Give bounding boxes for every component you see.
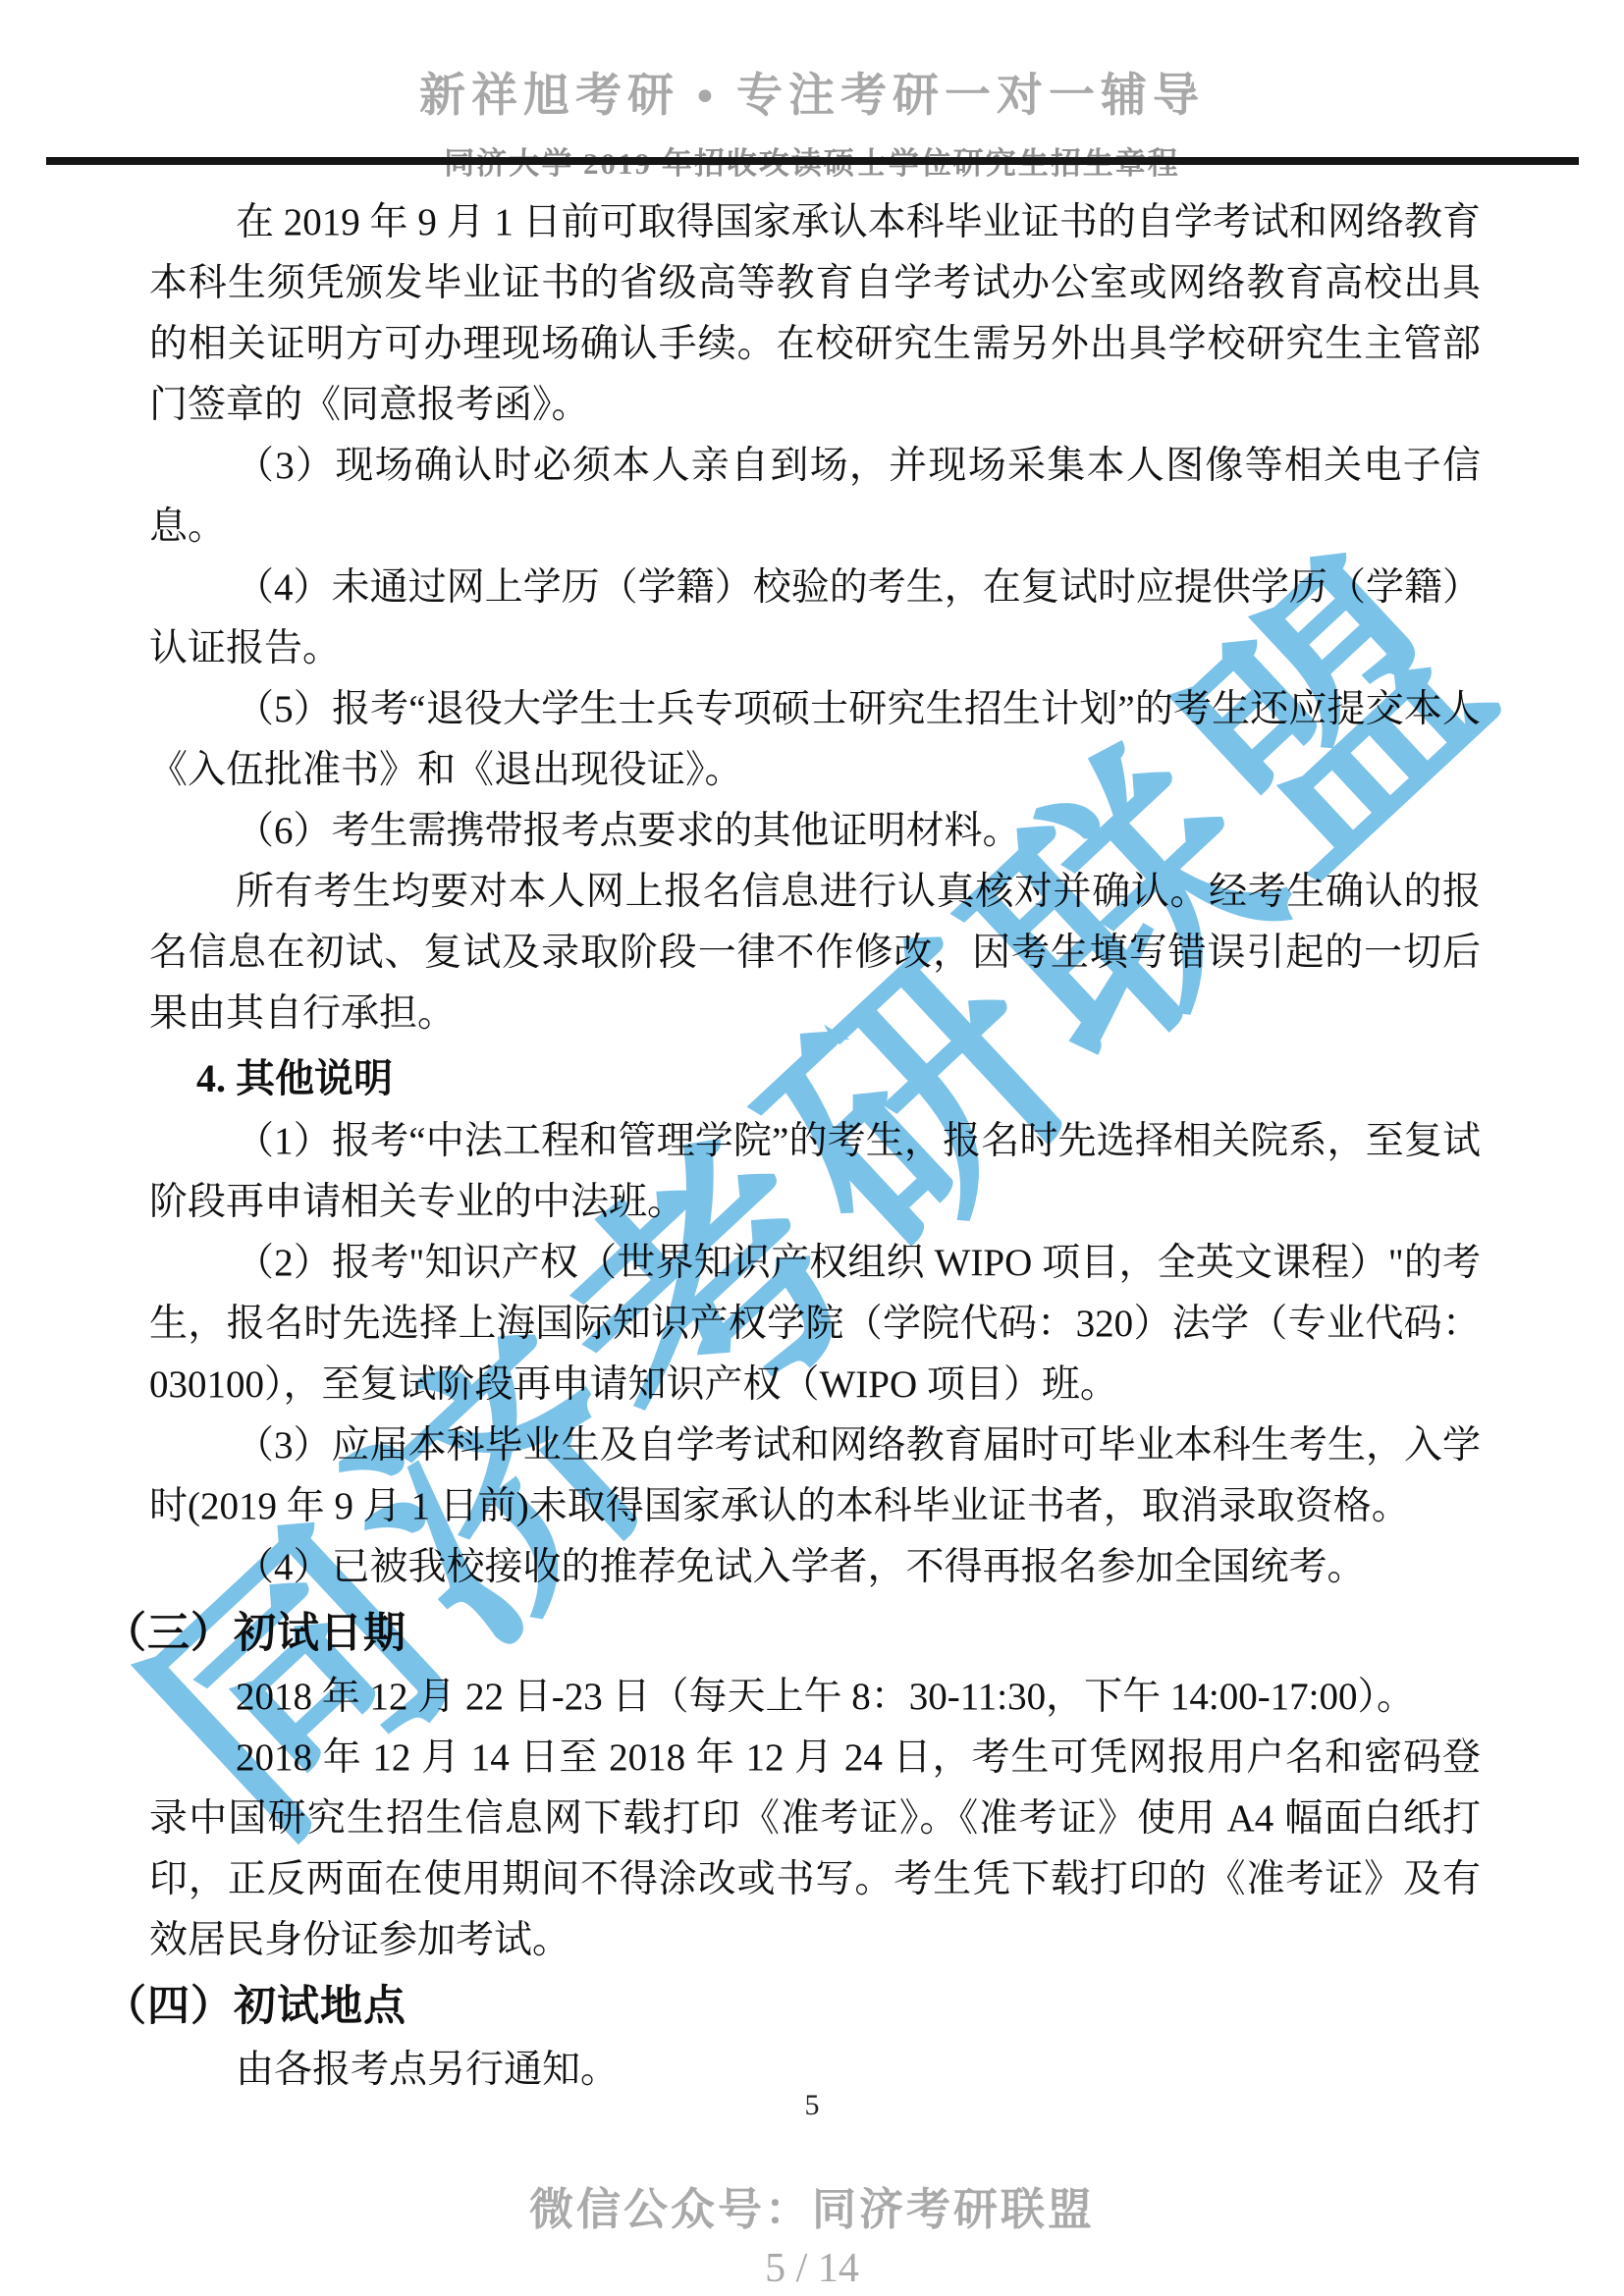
body-paragraph: （3）现场确认时必须本人亲自到场，并现场采集本人图像等相关电子信息。 — [149, 436, 1481, 558]
page-number: 5 — [0, 2089, 1624, 2122]
document-body: 在 2019 年 9 月 1 日前可取得国家承认本科毕业证书的自学考试和网络教育… — [149, 192, 1481, 2101]
document-page: 新祥旭考研 • 专注考研一对一辅导 同济大学 2019 年招收攻读硕士学位研究生… — [0, 0, 1624, 2296]
heading-initial-exam-date: （三）初试日期 — [104, 1604, 1481, 1665]
footer-wechat-account: 微信公众号：同济考研联盟 — [0, 2173, 1624, 2237]
body-paragraph: （4）已被我校接收的推荐免试入学者，不得再报名参加全国统考。 — [149, 1537, 1481, 1598]
body-paragraph: （4）未通过网上学历（学籍）校验的考生，在复试时应提供学历（学籍）认证报告。 — [149, 558, 1481, 679]
body-paragraph: 所有考生均要对本人网上报名信息进行认真核对并确认。经考生确认的报名信息在初试、复… — [149, 862, 1481, 1044]
body-paragraph: （2）报考"知识产权（世界知识产权组织 WIPO 项目，全英文课程）"的考生，报… — [149, 1233, 1481, 1415]
body-paragraph: 2018 年 12 月 14 日至 2018 年 12 月 24 日，考生可凭网… — [149, 1728, 1481, 1971]
body-paragraph: （6）考生需携带报考点要求的其他证明材料。 — [149, 801, 1481, 862]
brand-title: 新祥旭考研 • 专注考研一对一辅导 — [0, 59, 1624, 125]
footer-pagination: 5 / 14 — [0, 2245, 1624, 2292]
body-paragraph: （1）报考“中法工程和管理学院”的考生，报名时先选择相关院系，至复试阶段再申请相… — [149, 1111, 1481, 1233]
heading-other-notes: 4. 其他说明 — [149, 1048, 1481, 1109]
body-paragraph: 2018 年 12 月 22 日-23 日（每天上午 8：30-11:30，下午… — [149, 1667, 1481, 1728]
header-rule — [46, 157, 1579, 165]
page-footer: 微信公众号：同济考研联盟 5 / 14 — [0, 2173, 1624, 2292]
heading-initial-exam-location: （四）初试地点 — [104, 1977, 1481, 2038]
body-paragraph: （3）应届本科毕业生及自学考试和网络教育届时可毕业本科生考生，入学时(2019 … — [149, 1415, 1481, 1537]
body-paragraph: 在 2019 年 9 月 1 日前可取得国家承认本科毕业证书的自学考试和网络教育… — [149, 192, 1481, 436]
body-paragraph: （5）报考“退役大学生士兵专项硕士研究生招生计划”的考生还应提交本人《入伍批准书… — [149, 679, 1481, 801]
